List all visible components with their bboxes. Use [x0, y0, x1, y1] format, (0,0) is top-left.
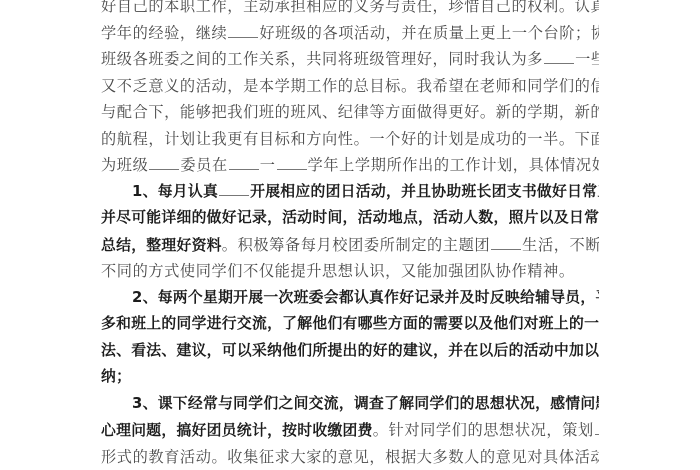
item-1-line: 并尽可能详细的做好记录，活动时间，活动地点，活动人数，照片以及日常活动 [101, 205, 599, 232]
text-segment: 为班级 [101, 156, 148, 174]
text-line: 为班级委员在一学年上学期所作出的工作计划，具体情况如下： [101, 152, 599, 179]
item-1-line: 1、每月认真开展相应的团日活动，并且协助班长团支书做好日常工作， [101, 179, 599, 206]
text-line: 好自己的本职工作，主动承担相应的义务与责任，珍惜自己的权利。认真总结上一 [101, 0, 599, 20]
text-line: 与配合下，能够把我们班的班风、纪律等方面做得更好。新的学期，新的开始，新 [101, 99, 599, 126]
text-line: 的航程，计划让我更有目标和方向性。一个好的计划是成功的一半。下面就是我作 [101, 126, 599, 153]
text-segment: 委员在 [180, 156, 227, 174]
item-2-line: 法、看法、建议，可以采纳他们所提出的好的建议，并在以后的活动中加以采 [101, 338, 599, 365]
fill-blank [229, 157, 259, 170]
fill-blank [595, 422, 599, 435]
text-segment: 生活，不断创新通过 [522, 236, 599, 254]
item-3-line: 形式的教育活动。收集征求大家的意见，根据大多数人的意见对具体活动地点、方 [101, 444, 599, 470]
item-2-line: 多和班上的同学进行交流，了解他们有哪些方面的需要以及他们对班上的一些想 [101, 311, 599, 338]
text-line: 又不乏意义的活动，是本学期工作的总目标。我希望在老师和同学们的信任、支持 [101, 73, 599, 100]
text-segment: 班级各班委之间的工作关系，共同将班级管理好，同时我认为多 [101, 50, 543, 68]
text-segment: 。针对同学们的思想状况，策划 [373, 421, 594, 439]
item-1-line: 不同的方式使同学们不仅能提升思想认识，又能加强团队协作精神。 [101, 258, 599, 285]
text-segment: 开展相应的团日活动，并且协助班长团支书做好日常工作， [250, 183, 599, 200]
text-segment: 一 [260, 156, 276, 174]
document-body: 好自己的本职工作，主动承担相应的义务与责任，珍惜自己的权利。认真总结上一 学年的… [101, 0, 599, 470]
text-segment: 心理问题，搞好团员统计，按时收缴团费 [101, 422, 373, 439]
fill-blank [228, 25, 258, 38]
fill-blank [149, 157, 179, 170]
document-page: 好自己的本职工作，主动承担相应的义务与责任，珍惜自己的权利。认真总结上一 学年的… [0, 0, 700, 470]
text-line: 班级各班委之间的工作关系，共同将班级管理好，同时我认为多一些新颖有趣 [101, 46, 599, 73]
fill-blank [277, 157, 307, 170]
item-1-line: 总结，整理好资料。积极筹备每月校团委所制定的主题团生活，不断创新通过 [101, 232, 599, 259]
text-segment: 。积极筹备每月校团委所制定的主题团 [222, 236, 490, 254]
fill-blank [491, 237, 521, 250]
item-2-line: 纳； [101, 364, 599, 391]
item-2-line: 2、每两个星期开展一次班委会都认真作好记录并及时反映给辅导员，平时 [101, 285, 599, 312]
text-segment: 总结，整理好资料 [101, 237, 222, 254]
text-segment: 学年上学期所作出的工作计划，具体情况如下： [308, 156, 599, 174]
text-segment: 1、每月认真 [132, 183, 218, 200]
text-segment: 一些新颖有趣 [575, 50, 599, 68]
text-segment: 好班级的各项活动，并在质量上更上一个台阶；协调配合好 [259, 24, 599, 42]
fill-blank [544, 51, 574, 64]
fill-blank [219, 183, 249, 196]
text-line: 学年的经验，继续好班级的各项活动，并在质量上更上一个台阶；协调配合好 [101, 20, 599, 47]
text-segment: 学年的经验，继续 [101, 24, 227, 42]
item-3-line: 心理问题，搞好团员统计，按时收缴团费。针对同学们的思想状况，策划各种 [101, 417, 599, 444]
item-3-line: 3、课下经常与同学们之间交流，调查了解同学们的思想状况，感情问题， [101, 391, 599, 418]
